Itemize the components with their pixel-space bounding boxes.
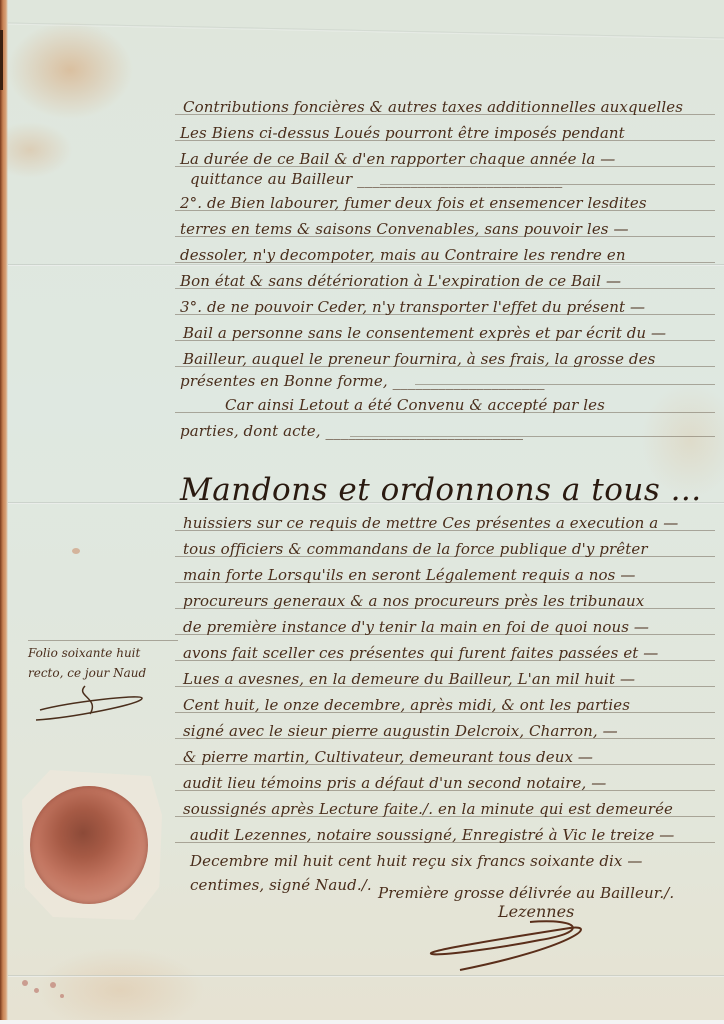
order-line: audit lieu témoins pris a défaut d'un se… (183, 774, 606, 792)
body-line: Car ainsi Letout a été Convenu & accepté… (225, 396, 605, 414)
order-line: Cent huit, le onze decembre, après midi,… (183, 696, 630, 714)
binding-edge (0, 0, 8, 1024)
body-line: Bail a personne sans le consentement exp… (183, 324, 666, 342)
body-line: 3°. de ne pouvoir Ceder, n'y transporter… (180, 298, 645, 316)
page-bottom-edge (0, 1020, 724, 1024)
wax-seal-icon (30, 786, 148, 904)
margin-note-line: recto, ce jour Naud (28, 666, 146, 680)
stain-dot (22, 980, 28, 986)
body-line: dessoler, n'y decompoter, mais au Contra… (180, 246, 626, 264)
order-line: tous officiers & commandans de la force … (183, 540, 648, 558)
body-line: La durée de ce Bail & d'en rapporter cha… (180, 150, 615, 168)
closing-note: Première grosse délivrée au Bailleur./. (378, 884, 674, 902)
order-line: huissiers sur ce requis de mettre Ces pr… (183, 514, 678, 532)
order-line: de première instance d'y tenir la main e… (183, 618, 649, 636)
stain-dot (72, 548, 80, 554)
order-line: soussignés après Lecture faite./. en la … (183, 800, 673, 818)
body-line: 2°. de Bien labourer, fumer deux fois et… (180, 194, 647, 212)
order-line: & pierre martin, Cultivateur, demeurant … (183, 748, 593, 766)
stain-dot (34, 988, 39, 993)
order-line: avons fait sceller ces présentes qui fur… (183, 644, 658, 662)
body-line: Bon état & sans détérioration à L'expira… (180, 272, 621, 290)
stain-dot (50, 982, 56, 988)
body-line: Contributions foncières & autres taxes a… (183, 98, 683, 116)
body-line: présentes en Bonne forme, ______________… (180, 372, 545, 390)
body-line: Les Biens ci-dessus Loués pourront être … (180, 124, 625, 142)
margin-flourish-icon (30, 684, 150, 724)
mandons-heading: Mandons et ordonnons a tous ... (180, 472, 702, 508)
document-page: Contributions foncières & autres taxes a… (0, 0, 724, 1024)
order-line: centimes, signé Naud./. (190, 876, 372, 894)
order-line: procureurs generaux & a nos procureurs p… (183, 592, 644, 610)
order-line: main forte Lorsqu'ils en seront Légaleme… (183, 566, 635, 584)
order-line: audit Lezennes, notaire soussigné, Enreg… (190, 826, 674, 844)
stain-dot (60, 994, 64, 998)
margin-note-line: Folio soixante huit (28, 646, 140, 660)
body-line: parties, dont acte, ____________________… (180, 422, 523, 440)
order-line: signé avec le sieur pierre augustin Delc… (183, 722, 618, 740)
order-line: Decembre mil huit cent huit reçu six fra… (190, 852, 642, 870)
body-line: terres en tems & saisons Convenables, sa… (180, 220, 629, 238)
fold-crease (8, 264, 724, 266)
signature-flourish-icon (420, 920, 620, 980)
order-line: Lues a avesnes, en la demeure du Bailleu… (183, 670, 635, 688)
binding-edge-dark (0, 30, 3, 90)
notary-signature: Lezennes (498, 902, 574, 921)
fold-crease (8, 23, 724, 40)
ruled-line (28, 640, 178, 641)
body-line: Bailleur, auquel le preneur fournira, à … (183, 350, 655, 368)
body-line: quittance au Bailleur __________________… (190, 170, 562, 188)
